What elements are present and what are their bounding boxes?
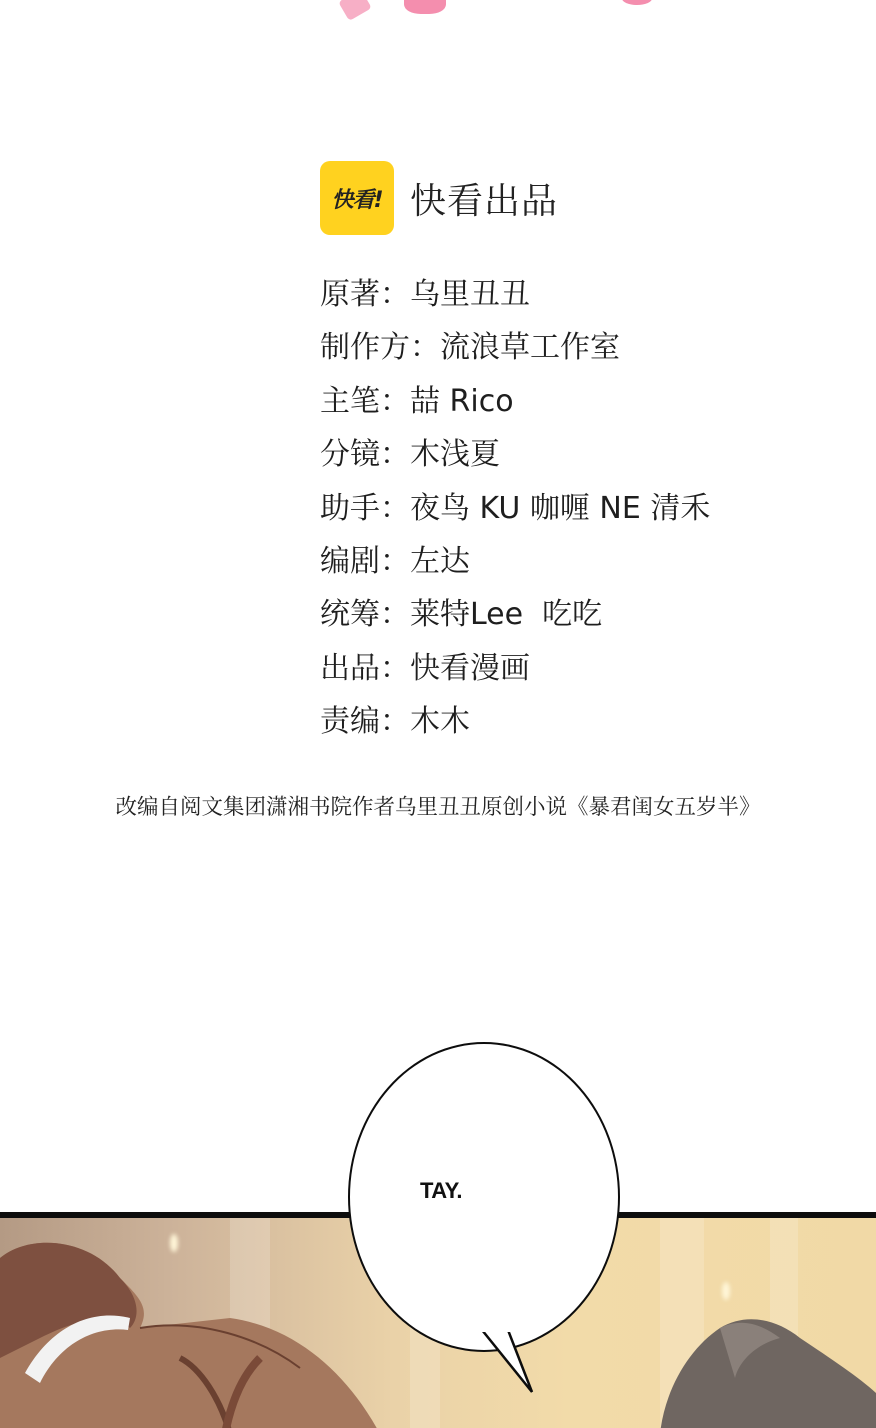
credit-row: 主笔：喆 Rico — [320, 375, 710, 428]
credit-row: 制作方：流浪草工作室 — [320, 321, 710, 374]
credit-row: 助手：夜鸟 KU 咖喱 NE 清禾 — [320, 482, 710, 535]
speech-bubble-text: TAY. — [420, 1178, 462, 1204]
credit-role: 统筹 — [320, 597, 380, 632]
title-art-fragment — [0, 0, 876, 22]
speech-bubble — [348, 1042, 620, 1352]
credit-name: 左达 — [410, 544, 470, 579]
title-art-stroke — [404, 0, 446, 14]
credit-role: 出品 — [320, 651, 380, 686]
credit-separator: ： — [380, 277, 410, 312]
credit-separator: ： — [380, 544, 410, 579]
credit-separator: ： — [380, 491, 410, 526]
brand-label: 快看出品 — [410, 173, 558, 224]
credit-row: 责编：木木 — [320, 695, 710, 748]
credit-role: 主笔 — [320, 384, 380, 419]
credit-row: 原著：乌里丑丑 — [320, 268, 710, 321]
credit-name: 喆 Rico — [410, 384, 514, 419]
adaptation-note: 改编自阅文集团潇湘书院作者乌里丑丑原创小说《暴君闺女五岁半》 — [0, 790, 876, 821]
credit-separator: ： — [410, 330, 440, 365]
speech-bubble-tail — [480, 1330, 540, 1400]
credit-separator: ： — [380, 651, 410, 686]
credit-separator: ： — [380, 437, 410, 472]
credit-name: 木木 — [410, 704, 470, 739]
credit-row: 编剧：左达 — [320, 535, 710, 588]
credits-list: 原著：乌里丑丑 制作方：流浪草工作室 主笔：喆 Rico 分镜：木浅夏 助手：夜… — [320, 268, 710, 749]
title-art-stroke — [338, 0, 372, 21]
credit-row: 分镜：木浅夏 — [320, 428, 710, 481]
credit-row: 出品：快看漫画 — [320, 642, 710, 695]
credit-separator: ： — [380, 597, 410, 632]
credit-name: 木浅夏 — [410, 437, 500, 472]
kuaikan-logo: 快看! — [320, 161, 394, 235]
credit-name: 快看漫画 — [410, 651, 530, 686]
credit-separator: ： — [380, 384, 410, 419]
credit-role: 原著 — [320, 277, 380, 312]
title-art-stroke — [622, 0, 652, 5]
credit-name: 夜鸟 KU 咖喱 NE 清禾 — [410, 491, 710, 526]
credit-row: 统筹：莱特Lee 吃吃 — [320, 588, 710, 641]
credit-role: 制作方 — [320, 330, 410, 365]
credit-role: 责编 — [320, 704, 380, 739]
credit-role: 分镜 — [320, 437, 380, 472]
credit-name: 乌里丑丑 — [410, 277, 530, 312]
credit-role: 助手 — [320, 491, 380, 526]
credit-name: 莱特Lee 吃吃 — [410, 597, 602, 632]
publisher-brand: 快看! 快看出品 — [320, 162, 558, 234]
credit-name: 流浪草工作室 — [440, 330, 620, 365]
credit-role: 编剧 — [320, 544, 380, 579]
credit-separator: ： — [380, 704, 410, 739]
